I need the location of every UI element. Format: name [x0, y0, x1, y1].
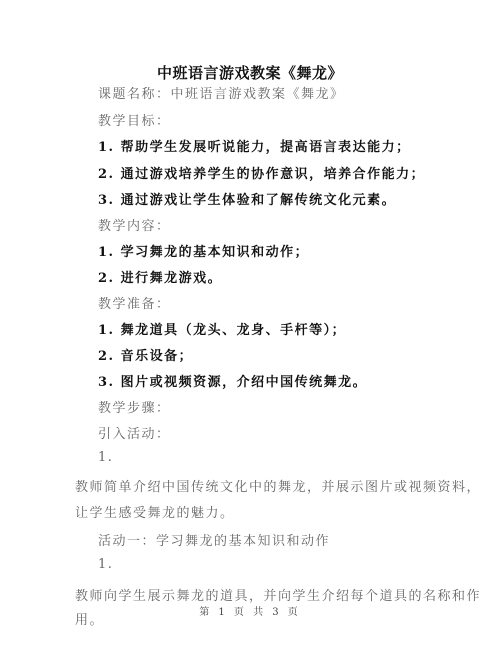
- intro-step-number: 1.: [98, 450, 113, 465]
- activity-one-step-number: 1.: [98, 557, 113, 572]
- preparation-item-2: 2. 音乐设备；: [98, 345, 193, 364]
- course-name-line: 课题名称：中班语言游戏教案《舞龙》: [98, 83, 345, 102]
- section-heading-content: 教学内容：: [98, 215, 171, 234]
- section-heading-preparation: 教学准备：: [98, 293, 171, 312]
- objective-item-2: 2. 通过游戏培养学生的协作意识，培养合作能力；: [98, 163, 425, 182]
- page-footer: 第 1 页 共 3 页: [0, 603, 500, 618]
- intro-paragraph-line-1: 教师简单介绍中国传统文化中的舞龙，并展示图片或视频资料，: [75, 476, 481, 495]
- document-title: 中班语言游戏教案《舞龙》: [0, 62, 500, 83]
- activity-one-heading: 活动一：学习舞龙的基本知识和动作: [98, 530, 330, 549]
- activity-one-paragraph-line-1: 教师向学生展示舞龙的道具，并向学生介绍每个道具的名称和作: [75, 585, 481, 604]
- content-item-2: 2. 进行舞龙游戏。: [98, 267, 222, 286]
- objective-item-3: 3. 通过游戏让学生体验和了解传统文化元素。: [98, 189, 396, 208]
- objective-item-1: 1. 帮助学生发展听说能力，提高语言表达能力；: [98, 136, 411, 155]
- section-heading-objectives: 教学目标：: [98, 110, 171, 129]
- preparation-item-3: 3. 图片或视频资源，介绍中国传统舞龙。: [98, 371, 367, 390]
- content-item-1: 1. 学习舞龙的基本知识和动作；: [98, 241, 309, 260]
- section-heading-steps: 教学步骤：: [98, 397, 171, 416]
- intro-paragraph-line-2: 让学生感受舞龙的魅力。: [75, 502, 235, 521]
- intro-activity-heading: 引入活动：: [98, 423, 171, 442]
- preparation-item-1: 1. 舞龙道具（龙头、龙身、手杆等）；: [98, 319, 346, 338]
